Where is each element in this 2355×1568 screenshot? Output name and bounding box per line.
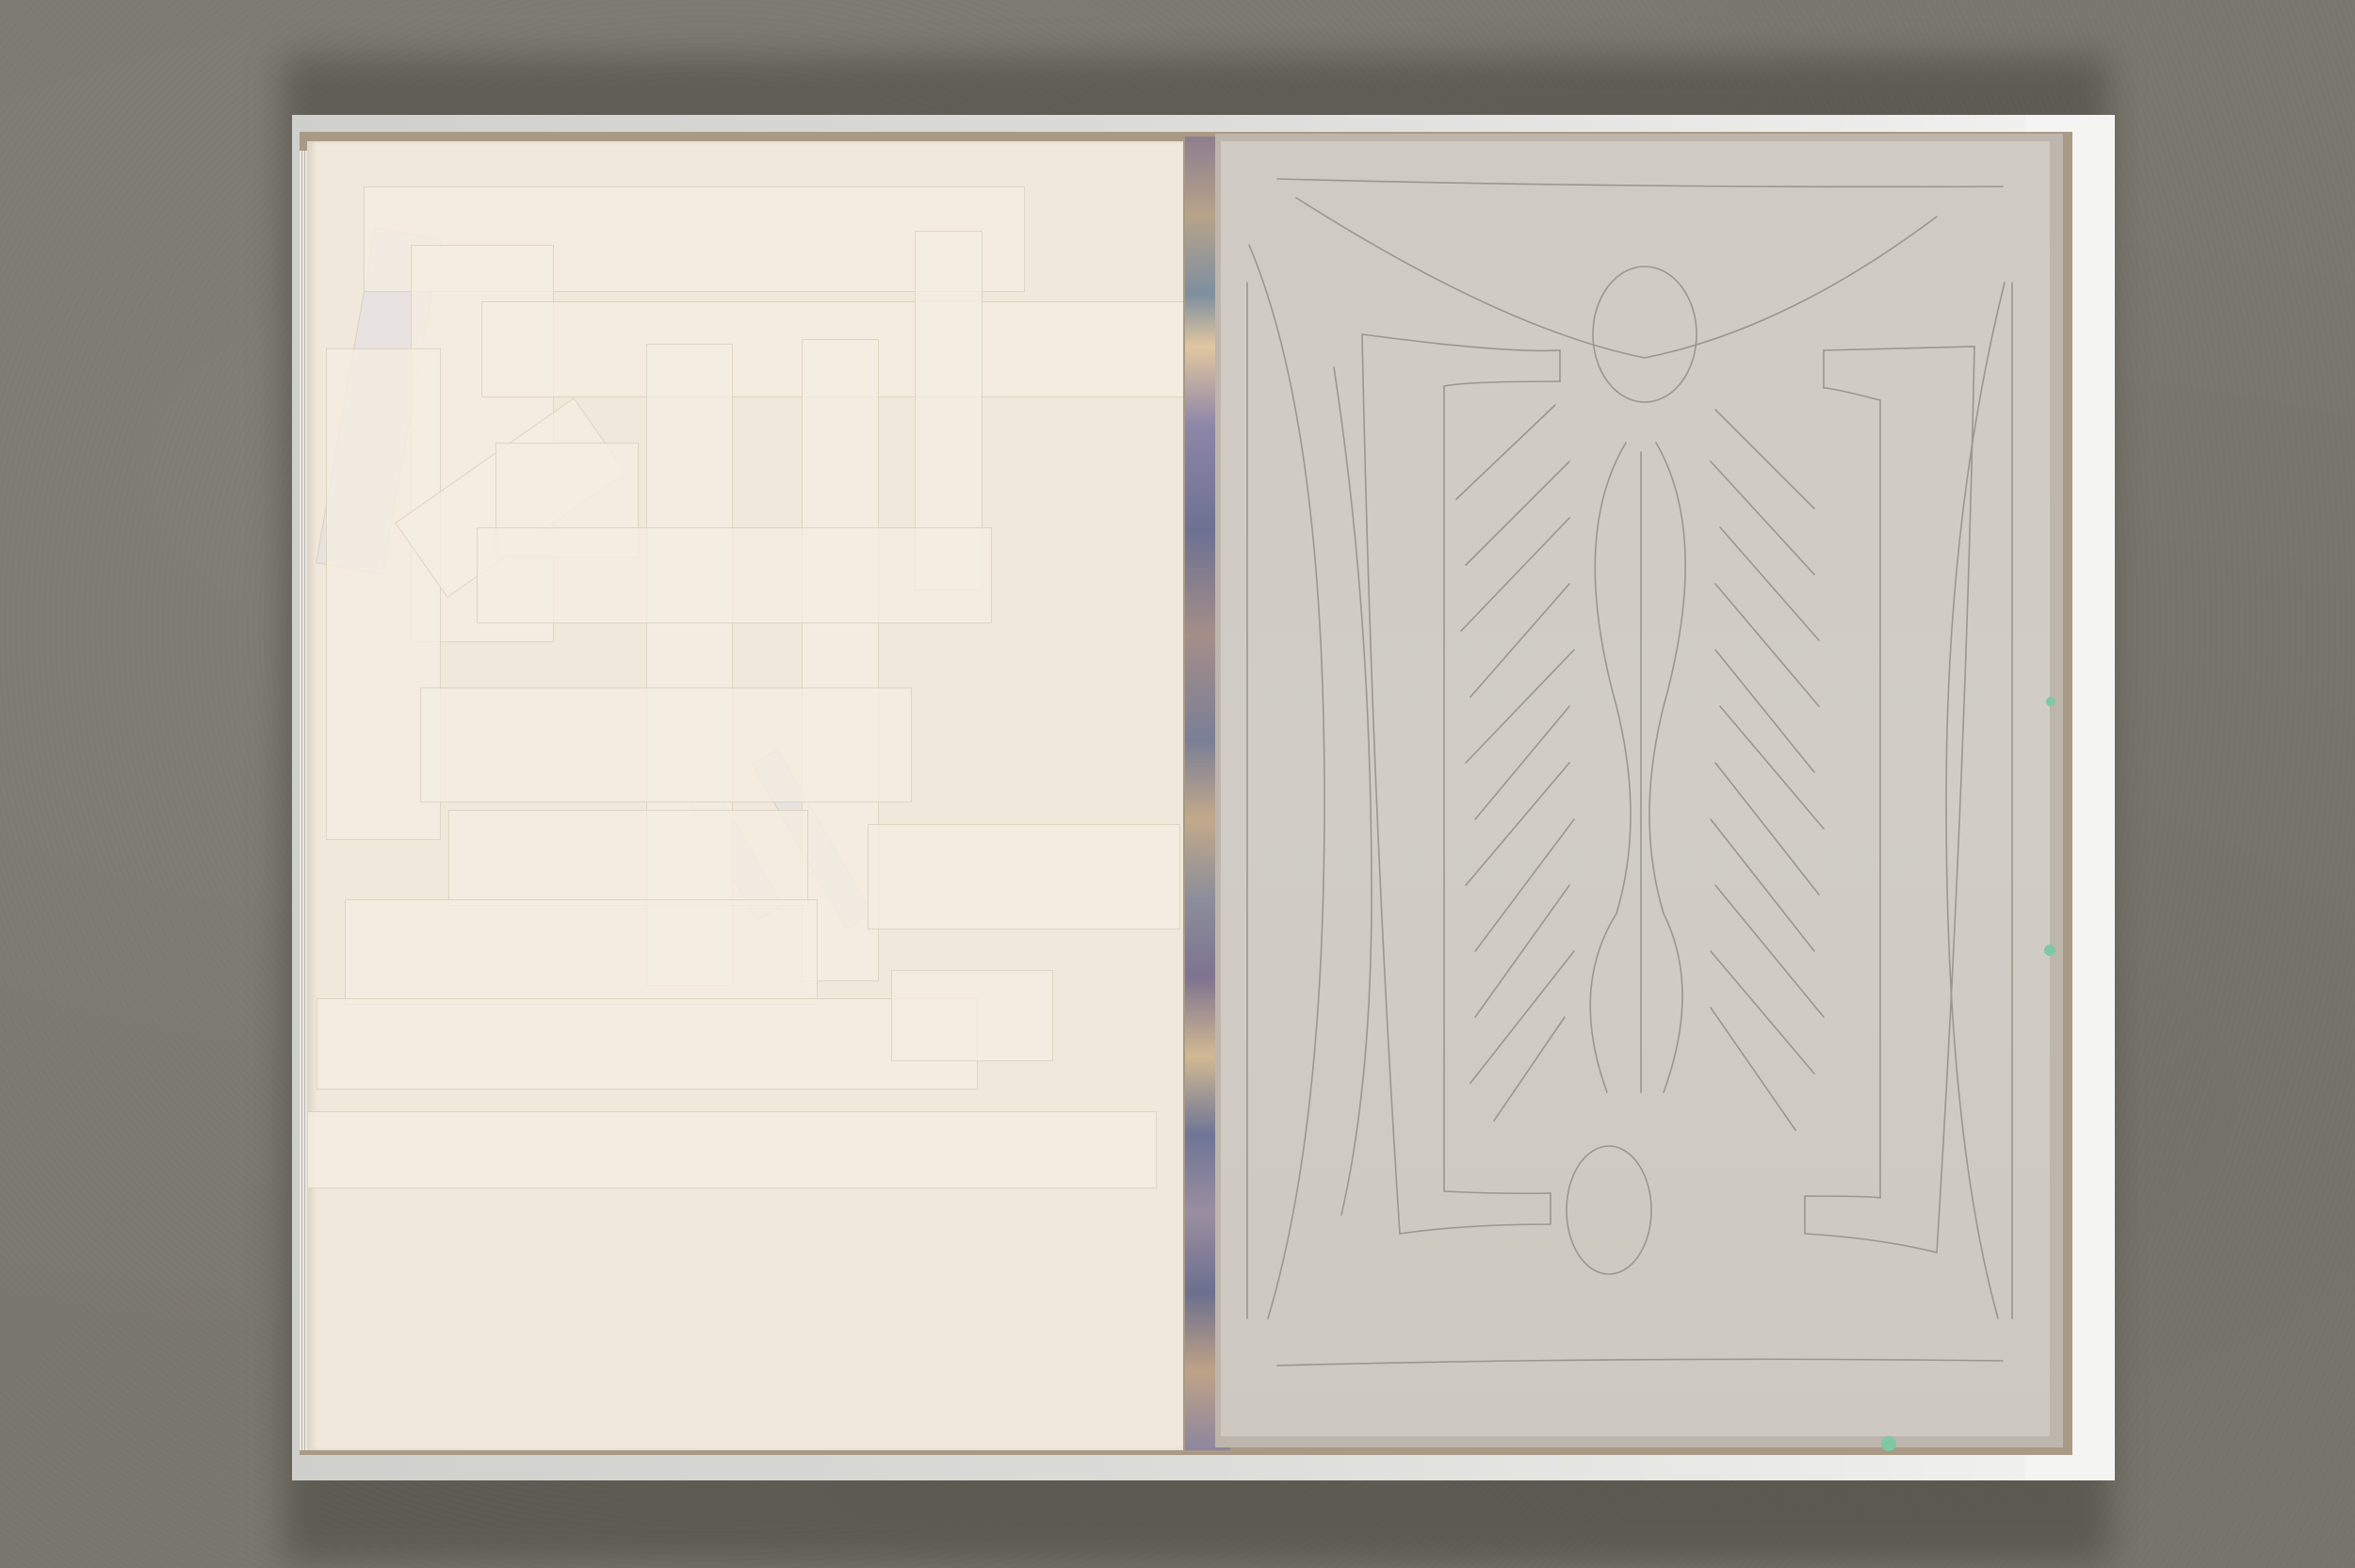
left-outer-column (1249, 245, 1324, 1318)
body-spine-right (1649, 443, 1685, 1092)
paint-spot (2046, 697, 2055, 706)
right-bracket-top (1805, 347, 1974, 1253)
tape-strip (477, 527, 992, 623)
herringbone-right (1711, 410, 1824, 1130)
right-outer-column (1946, 283, 2005, 1318)
pencil-drawing (1221, 141, 2050, 1436)
left-bracket-top (1362, 334, 1560, 1234)
left-page-tape-collage (307, 141, 1183, 1450)
body-spine-left (1590, 443, 1631, 1092)
tape-strip (448, 810, 808, 906)
bottom-rule-line (1277, 1359, 2003, 1366)
herringbone-left (1456, 405, 1574, 1121)
paint-spot (2044, 945, 2055, 956)
tape-strip (317, 998, 978, 1090)
tape-strip (307, 1111, 1157, 1188)
tape-strip (345, 899, 818, 1005)
paint-spot (1881, 1436, 1896, 1451)
tape-strip (868, 824, 1180, 929)
tape-strip (420, 687, 912, 802)
head-circle (1593, 267, 1697, 402)
top-rule-line (1277, 179, 2003, 186)
tape-strip (891, 970, 1053, 1061)
lower-circle (1567, 1146, 1651, 1274)
